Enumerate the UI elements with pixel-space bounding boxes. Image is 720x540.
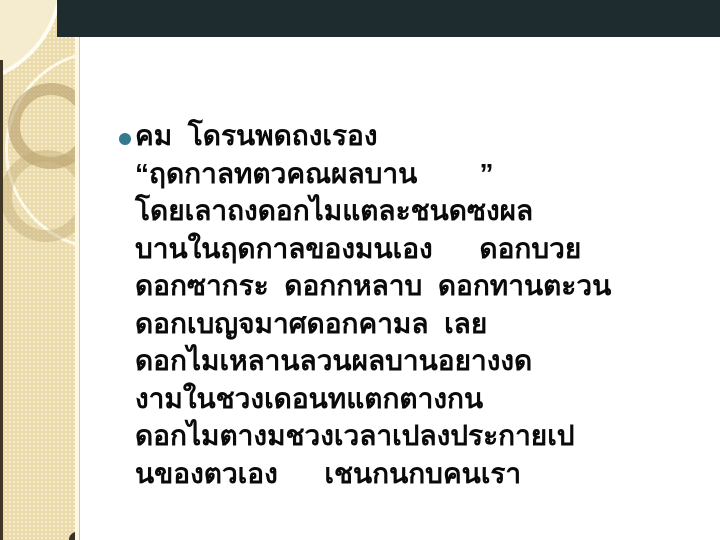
slide-canvas: คม โดรนพดถงเรอง“ฤดกาลทตวคณผลบาน ”โดยเลาถ… — [0, 0, 720, 540]
bullet-text-line: “ฤดกาลทตวคณผลบาน ” — [135, 155, 713, 193]
slide-left-decor-stripe — [0, 0, 80, 540]
bullet-text-line: ดอกไมเหลานลวนผลบานอยางงด — [135, 342, 713, 380]
bullet-text-line: โดยเลาถงดอกไมแตละชนดซงผล — [135, 192, 713, 230]
bullet-text-line: ดอกเบญจมาศดอกคามล เลย — [135, 305, 713, 343]
bullet-text-line: งามในชวงเดอนทแตกตางกน — [135, 380, 713, 418]
decor-stripe-border — [79, 0, 80, 540]
bullet-text-line: ดอกซากระ ดอกกหลาบ ดอกทานตะวน — [135, 267, 713, 305]
bullet-text-line: บานในฤดกาลของมนเอง ดอกบวย — [135, 230, 713, 268]
bullet-text-line: นของตวเอง เชนกนกบคนเรา — [135, 455, 713, 493]
decor-left-edge-line — [0, 60, 3, 540]
bullet-marker — [119, 133, 131, 145]
bullet-text-block: คม โดรนพดถงเรอง“ฤดกาลทตวคณผลบาน ”โดยเลาถ… — [135, 117, 713, 492]
bullet-text-line: คม โดรนพดถงเรอง — [135, 117, 713, 155]
bullet-text-line: ดอกไมตางมชวงเวลาเปลงประกายเป — [135, 417, 713, 455]
slide-top-accent-bar — [57, 0, 720, 37]
decor-ring-lower — [0, 150, 80, 242]
